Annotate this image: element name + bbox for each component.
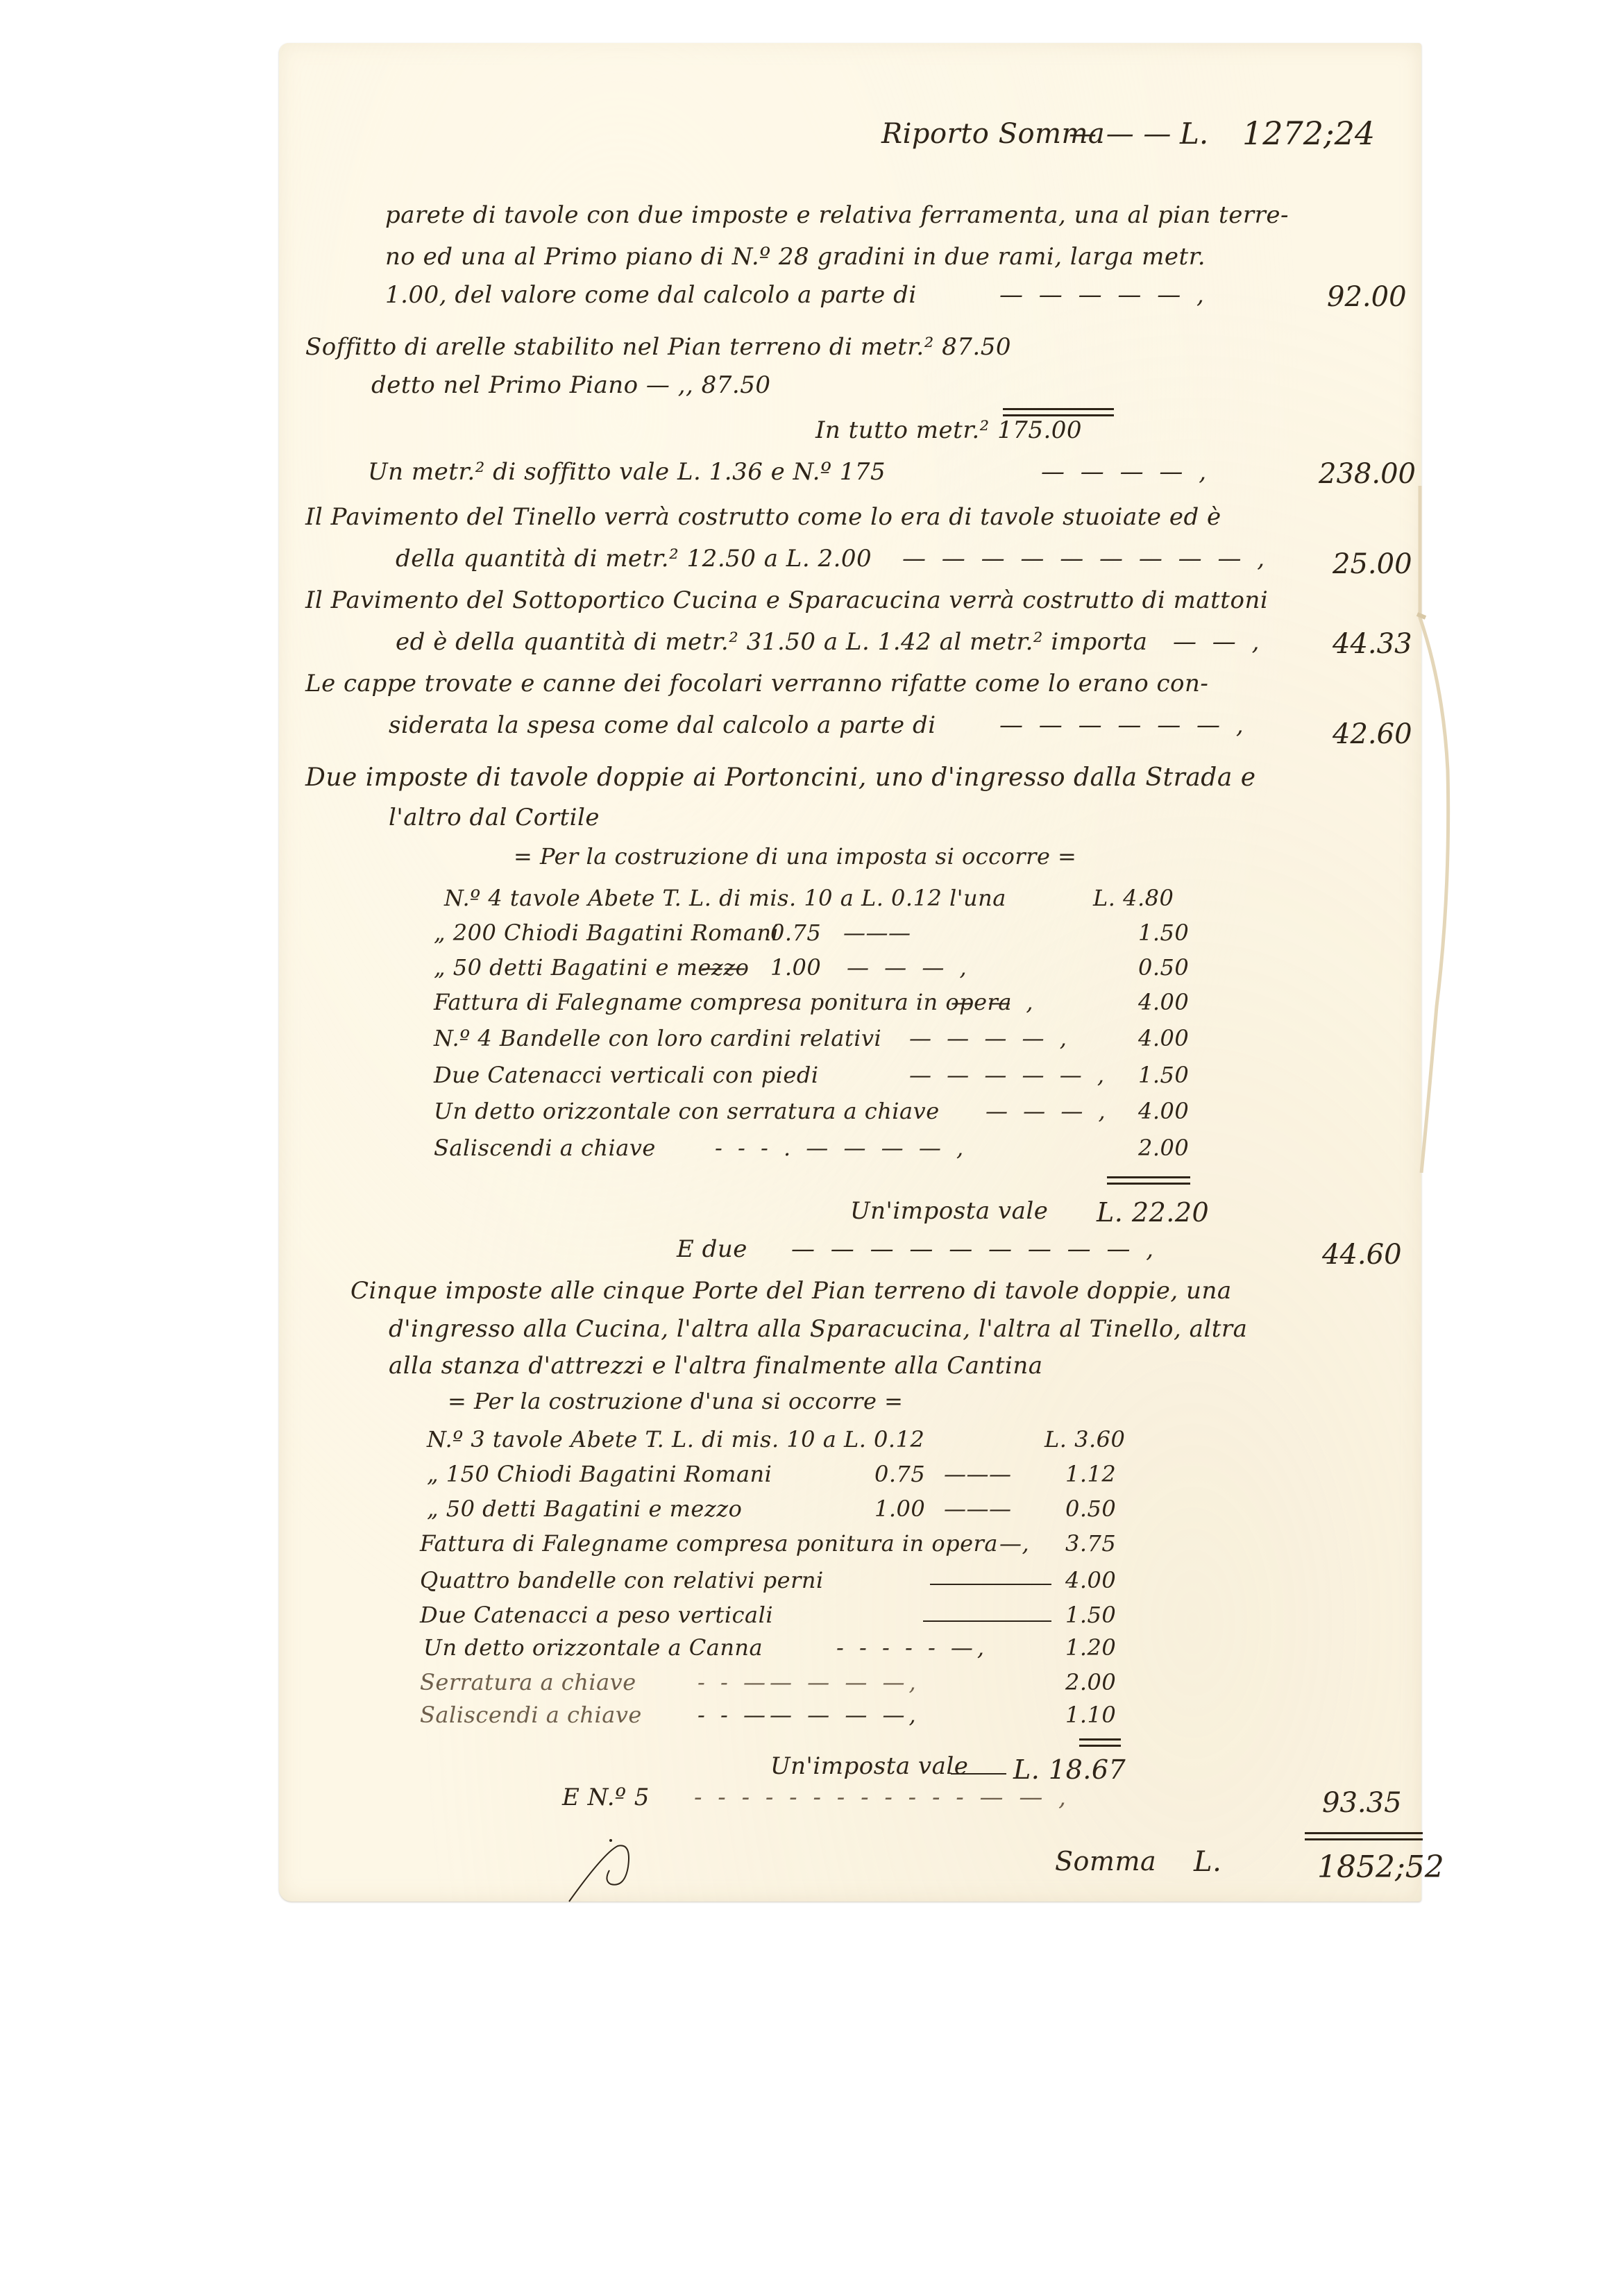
item-text: Fattura di Falegname compresa ponitura i… bbox=[434, 989, 1012, 1015]
leader-dashes: — — — , bbox=[986, 1098, 1110, 1124]
leader-dashes: — — — — — — — — — , bbox=[902, 545, 1269, 573]
leader-dashes: - - - - - —, bbox=[836, 1634, 988, 1661]
item-text: „ 200 Chiodi Bagatini Romani bbox=[434, 920, 779, 946]
section-subheading: = Per la costruzione di una imposta si o… bbox=[514, 843, 1076, 870]
total-amount: 1852;52 bbox=[1317, 1849, 1444, 1885]
item-value: L. 3.60 bbox=[1044, 1426, 1125, 1453]
item-text: N.º 4 tavole Abete T. L. di mis. 10 a L.… bbox=[444, 885, 1006, 911]
leader-dashes: - - - - - - - - - - - - — — , bbox=[694, 1784, 1070, 1811]
leader-dashes: ——— bbox=[944, 1496, 1012, 1522]
leader-dashes: — — — , bbox=[847, 954, 971, 981]
item-text: Un detto orizzontale a Canna bbox=[423, 1634, 763, 1661]
multiplier-label: E N.º 5 bbox=[562, 1784, 650, 1811]
item-value: 2.00 bbox=[1065, 1669, 1116, 1695]
leader-line bbox=[923, 1620, 1051, 1622]
double-rule bbox=[1003, 408, 1114, 416]
leader-line bbox=[930, 1584, 1051, 1585]
double-rule bbox=[1305, 1832, 1423, 1840]
entry-line: detto nel Primo Piano — ,, 87.50 bbox=[371, 371, 770, 399]
item-value: 4.00 bbox=[1138, 1098, 1189, 1124]
subtotal-value: L. 18.67 bbox=[1013, 1754, 1126, 1785]
carried-forward-amount: 1272;24 bbox=[1242, 115, 1375, 152]
entry-subtotal: In tutto metr.² 175.00 bbox=[815, 416, 1082, 444]
leader-dashes: — — — — — , bbox=[999, 281, 1208, 309]
entry-line: 1.00, del valore come dal calcolo a part… bbox=[385, 281, 917, 309]
item-text: Fattura di Falegname compresa ponitura i… bbox=[420, 1530, 998, 1557]
item-text: Saliscendi a chiave bbox=[420, 1702, 642, 1728]
item-value: 4.00 bbox=[1138, 989, 1189, 1015]
item-text: N.º 3 tavole Abete T. L. di mis. 10 a L.… bbox=[427, 1426, 924, 1453]
item-value: 0.50 bbox=[1138, 954, 1189, 981]
entry-amount: 25.00 bbox=[1333, 548, 1412, 580]
entry-line: d'ingresso alla Cucina, l'altra alla Spa… bbox=[389, 1315, 1247, 1343]
double-rule bbox=[1107, 1176, 1190, 1185]
entry-amount: 93.35 bbox=[1322, 1787, 1402, 1819]
item-value: 1.10 bbox=[1065, 1702, 1116, 1728]
leader-dashes: — — — — — , bbox=[909, 1062, 1108, 1088]
item-value: 4.00 bbox=[1138, 1025, 1189, 1051]
entry-amount: 42.60 bbox=[1333, 718, 1412, 750]
leader-line bbox=[951, 1773, 1006, 1775]
item-value: L. 4.80 bbox=[1093, 885, 1174, 911]
item-text: Due Catenacci a peso verticali bbox=[420, 1602, 773, 1628]
total-label: Somma bbox=[1055, 1846, 1156, 1877]
leader-dashes: — — — — , bbox=[909, 1025, 1071, 1051]
entry-line: no ed una al Primo piano di N.º 28 gradi… bbox=[385, 243, 1206, 271]
leader-dashes: - - —— — — —, bbox=[697, 1669, 920, 1695]
item-text: „ 150 Chiodi Bagatini Romani bbox=[427, 1461, 772, 1487]
leader-dashes: — — , bbox=[951, 989, 1038, 1015]
item-value: 0.50 bbox=[1065, 1496, 1116, 1522]
item-unit: 1.00 bbox=[874, 1496, 925, 1522]
section-subheading: = Per la costruzione d'una si occorre = bbox=[448, 1388, 903, 1414]
item-text: Quattro bandelle con relativi perni bbox=[420, 1567, 824, 1593]
entry-line: siderata la spesa come dal calcolo a par… bbox=[389, 711, 936, 739]
binding-string bbox=[1416, 479, 1457, 1173]
entry-line: parete di tavole con due imposte e relat… bbox=[385, 201, 1289, 229]
leader-dashes: — — — — — — — — — , bbox=[791, 1235, 1158, 1263]
leader-dashes: ——— bbox=[843, 920, 911, 946]
entry-line: della quantità di metr.² 12.50 a L. 2.00 bbox=[396, 545, 872, 573]
subtotal-value: L. 22.20 bbox=[1097, 1197, 1209, 1228]
item-unit: 0.75 bbox=[770, 920, 821, 946]
item-text: Saliscendi a chiave bbox=[434, 1135, 656, 1161]
entry-amount: 92.00 bbox=[1327, 281, 1407, 313]
currency-symbol: L. bbox=[1194, 1846, 1221, 1878]
entry-amount: 44.33 bbox=[1333, 628, 1412, 660]
entry-line: Soffitto di arelle stabilito nel Pian te… bbox=[305, 333, 1011, 361]
entry-line: Due imposte di tavole doppie ai Portonci… bbox=[305, 763, 1256, 792]
multiplier-label: E due bbox=[677, 1235, 747, 1263]
entry-line: ed è della quantità di metr.² 31.50 a L.… bbox=[396, 628, 1147, 656]
subtotal-label: Un'imposta vale bbox=[850, 1197, 1048, 1225]
item-value: 1.20 bbox=[1065, 1634, 1116, 1661]
leader-dashes: —, bbox=[999, 1530, 1029, 1557]
entry-line: Un metr.² di soffitto vale L. 1.36 e N.º… bbox=[368, 458, 886, 486]
item-unit: 0.75 bbox=[874, 1461, 925, 1487]
entry-amount: 44.60 bbox=[1322, 1239, 1402, 1271]
item-value: 1.50 bbox=[1138, 920, 1189, 946]
entry-line: Il Pavimento del Tinello verrà costrutto… bbox=[305, 503, 1221, 531]
item-text: N.º 4 Bandelle con loro cardini relativi bbox=[434, 1025, 881, 1051]
item-value: 1.50 bbox=[1065, 1602, 1116, 1628]
double-rule bbox=[1079, 1738, 1121, 1747]
item-value: 2.00 bbox=[1138, 1135, 1189, 1161]
entry-line: l'altro dal Cortile bbox=[389, 804, 600, 831]
item-text: „ 50 detti Bagatini e mezzo bbox=[427, 1496, 742, 1522]
entry-line: alla stanza d'attrezzi e l'altra finalme… bbox=[389, 1352, 1043, 1380]
leader-dashes: ——— bbox=[944, 1461, 1012, 1487]
leader-dashes: — — — — , bbox=[1041, 458, 1210, 486]
leader-dashes: - - —— — — —, bbox=[697, 1702, 920, 1728]
leader-dashes: - - - . — — — — , bbox=[715, 1135, 967, 1161]
currency-symbol: L. bbox=[1180, 117, 1208, 151]
entry-line: Le cappe trovate e canne dei focolari ve… bbox=[305, 670, 1208, 697]
flourish-mark bbox=[562, 1832, 638, 1908]
entry-line: Il Pavimento del Sottoportico Cucina e S… bbox=[305, 586, 1268, 614]
item-value: 1.12 bbox=[1065, 1461, 1116, 1487]
item-value: 1.50 bbox=[1138, 1062, 1189, 1088]
item-unit: 1.00 bbox=[770, 954, 821, 981]
entry-line: Cinque imposte alle cinque Porte del Pia… bbox=[350, 1277, 1232, 1305]
item-value: 3.75 bbox=[1065, 1530, 1116, 1557]
leader-dashes: — — — — — — , bbox=[999, 711, 1248, 739]
leader-dashes: — — — bbox=[1069, 118, 1172, 150]
subtotal-label: Un'imposta vale bbox=[770, 1752, 968, 1780]
entry-amount: 238.00 bbox=[1319, 458, 1416, 490]
leader-dashes: — — , bbox=[1173, 628, 1263, 656]
item-text: Un detto orizzontale con serratura a chi… bbox=[434, 1098, 940, 1124]
item-text: Serratura a chiave bbox=[420, 1669, 636, 1695]
leader-dashes: —— bbox=[701, 954, 746, 981]
item-value: 4.00 bbox=[1065, 1567, 1116, 1593]
item-text: Due Catenacci verticali con piedi bbox=[434, 1062, 819, 1088]
